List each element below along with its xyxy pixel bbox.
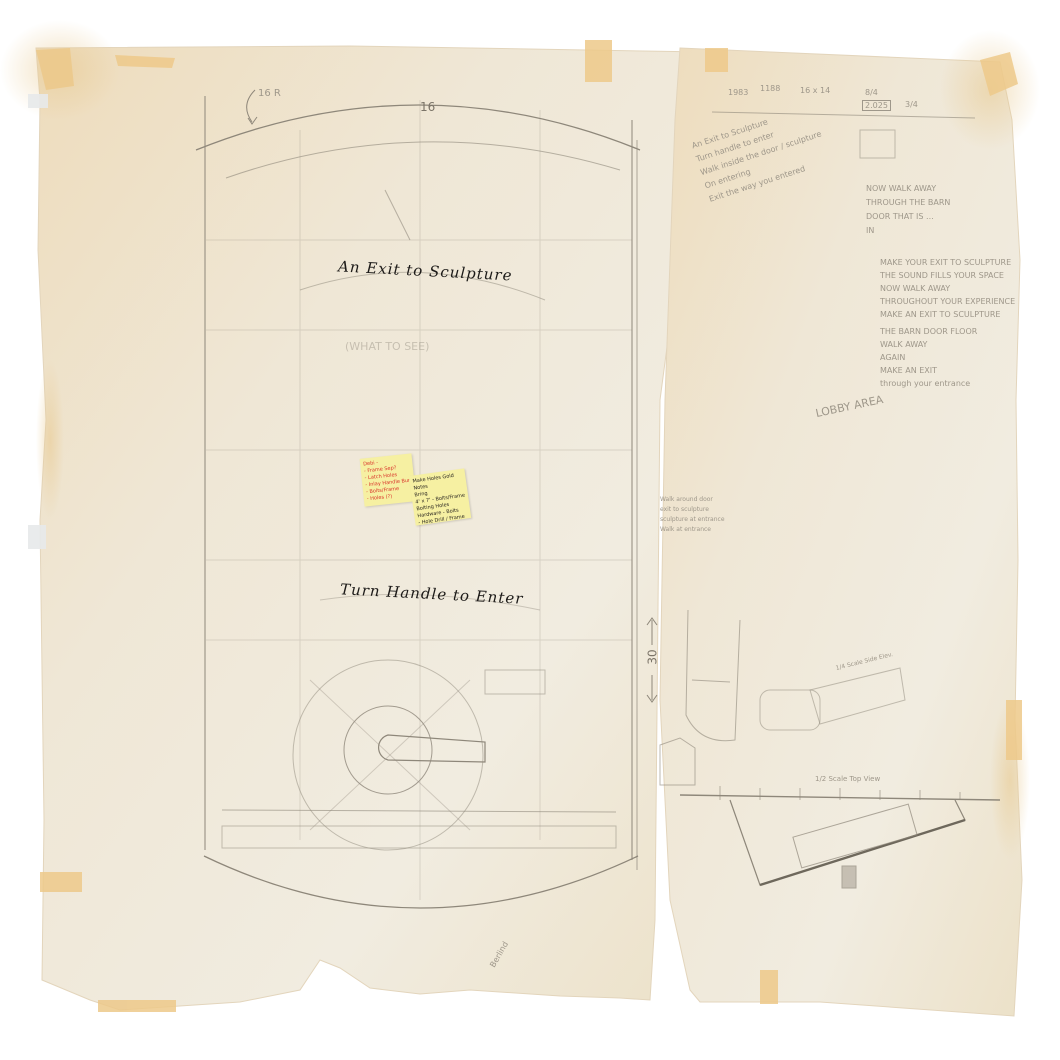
side-dimension: 30 — [646, 649, 660, 664]
header-note: 1188 — [760, 84, 780, 93]
header-note: 16 x 14 — [800, 86, 830, 95]
text-block-2: MAKE YOUR EXIT TO SCULPTURE THE SOUND FI… — [880, 256, 1015, 390]
paper-sheet — [0, 0, 1060, 1060]
sticky-note-red: Debi - - Frame Sep? - Latch Holes - Inla… — [360, 453, 417, 506]
artwork-photo: 16 16 R An Exit to Sculpture (WHAT TO SE… — [0, 0, 1060, 1060]
top-dimension: 16 — [420, 100, 435, 114]
section-label: 1/2 Scale Top View — [815, 775, 880, 783]
faint-heading: (WHAT TO SEE) — [345, 340, 429, 353]
header-note: 8/4 — [865, 88, 878, 97]
sticky-note-black: Make Holes Gold Notes Bring 4' x 7' - Bo… — [409, 468, 471, 525]
middle-notes: Walk around door exit to sculpture sculp… — [660, 495, 725, 535]
header-note-boxed: 2.025 — [862, 100, 891, 111]
header-note: 3/4 — [905, 100, 918, 109]
radius-label: 16 R — [258, 88, 281, 99]
header-note: 1983 — [728, 88, 748, 97]
text-block-1: NOW WALK AWAY THROUGH THE BARN DOOR THAT… — [866, 182, 950, 238]
